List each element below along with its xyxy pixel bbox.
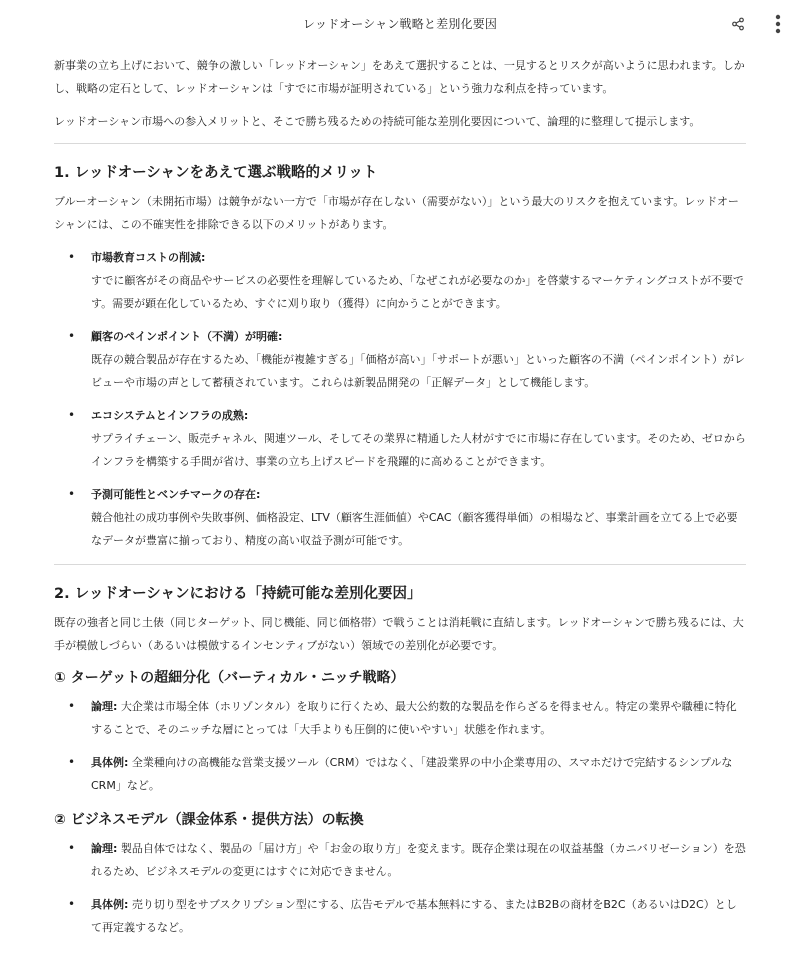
subsection-heading: ① ターゲットの超細分化（バーティカル・ニッチ戦略） (54, 667, 746, 689)
list-item: 予測可能性とベンチマークの存在: 競合他社の成功事例や失敗事例、価格設定、LTV… (54, 483, 746, 552)
divider (54, 143, 746, 144)
list-item: エコシステムとインフラの成熟: サプライチェーン、販売チャネル、関連ツール、そし… (54, 404, 746, 473)
item-term: 具体例: (91, 756, 128, 769)
section-heading: 2. レッドオーシャンにおける「持続可能な差別化要因」 (54, 583, 746, 605)
more-options-button[interactable] (766, 12, 790, 36)
subsection-heading: ② ビジネスモデル（課金体系・提供方法）の転換 (54, 809, 746, 831)
list-item: 具体例: 売り切り型をサブスクリプション型にする、広告モデルで基本無料にする、ま… (54, 893, 746, 939)
top-bar: レッドオーシャン戦略と差別化要因 (0, 0, 800, 48)
item-text: 売り切り型をサブスクリプション型にする、広告モデルで基本無料にする、またはB2B… (91, 898, 737, 934)
section-heading: 1. レッドオーシャンをあえて選ぶ戦略的メリット (54, 162, 746, 184)
item-text: 競合他社の成功事例や失敗事例、価格設定、LTV（顧客生涯価値）やCAC（顧客獲得… (91, 511, 738, 547)
item-text: すでに顧客がその商品やサービスの必要性を理解しているため、「なぜこれが必要なのか… (91, 274, 744, 310)
item-text: 既存の競合製品が存在するため、「機能が複雑すぎる」「価格が高い」「サポートが悪い… (91, 353, 745, 389)
intro-paragraph: レッドオーシャン市場への参入メリットと、そこで勝ち残るための持続可能な差別化要因… (54, 110, 746, 133)
section-lead: ブルーオーシャン（未開拓市場）は競争がない一方で「市場が存在しない（需要がない）… (54, 190, 746, 236)
item-term: 予測可能性とベンチマークの存在: (91, 483, 746, 506)
divider (54, 564, 746, 565)
page-title: レッドオーシャン戦略と差別化要因 (0, 15, 800, 32)
share-icon (731, 17, 745, 31)
item-term: 顧客のペインポイント（不満）が明確: (91, 325, 746, 348)
item-text: 全業種向けの高機能な営業支援ツール（CRM）ではなく、「建設業界の中小企業専用の… (91, 756, 732, 792)
item-term: 論理: (91, 700, 117, 713)
item-text: 製品自体ではなく、製品の「届け方」や「お金の取り方」を変えます。既存企業は現在の… (91, 842, 746, 878)
item-term: 論理: (91, 842, 117, 855)
subsection-list: 論理: 製品自体ではなく、製品の「届け方」や「お金の取り方」を変えます。既存企業… (54, 837, 746, 939)
item-term: 市場教育コストの削減: (91, 246, 746, 269)
list-item: 顧客のペインポイント（不満）が明確: 既存の競合製品が存在するため、「機能が複雑… (54, 325, 746, 394)
intro-paragraph: 新事業の立ち上げにおいて、競争の激しい「レッドオーシャン」をあえて選択することは… (54, 54, 746, 100)
item-text: サプライチェーン、販売チャネル、関連ツール、そしてその業界に精通した人材がすでに… (91, 432, 746, 468)
item-text: 大企業は市場全体（ホリゾンタル）を取りに行くため、最大公約数的な製品を作らざるを… (91, 700, 737, 736)
share-button[interactable] (726, 12, 750, 36)
document-body: 新事業の立ち上げにおいて、競争の激しい「レッドオーシャン」をあえて選択することは… (54, 54, 746, 951)
section-lead: 既存の強者と同じ土俵（同じターゲット、同じ機能、同じ価格帯）で戦うことは消耗戦に… (54, 611, 746, 657)
list-item: 論理: 製品自体ではなく、製品の「届け方」や「お金の取り方」を変えます。既存企業… (54, 837, 746, 883)
more-vert-icon (775, 14, 781, 34)
list-item: 市場教育コストの削減: すでに顧客がその商品やサービスの必要性を理解しているため… (54, 246, 746, 315)
list-item: 論理: 大企業は市場全体（ホリゾンタル）を取りに行くため、最大公約数的な製品を作… (54, 695, 746, 741)
subsection-list: 論理: 大企業は市場全体（ホリゾンタル）を取りに行くため、最大公約数的な製品を作… (54, 695, 746, 797)
list-item: 具体例: 全業種向けの高機能な営業支援ツール（CRM）ではなく、「建設業界の中小… (54, 751, 746, 797)
item-term: エコシステムとインフラの成熟: (91, 404, 746, 427)
item-term: 具体例: (91, 898, 128, 911)
benefits-list: 市場教育コストの削減: すでに顧客がその商品やサービスの必要性を理解しているため… (54, 246, 746, 552)
